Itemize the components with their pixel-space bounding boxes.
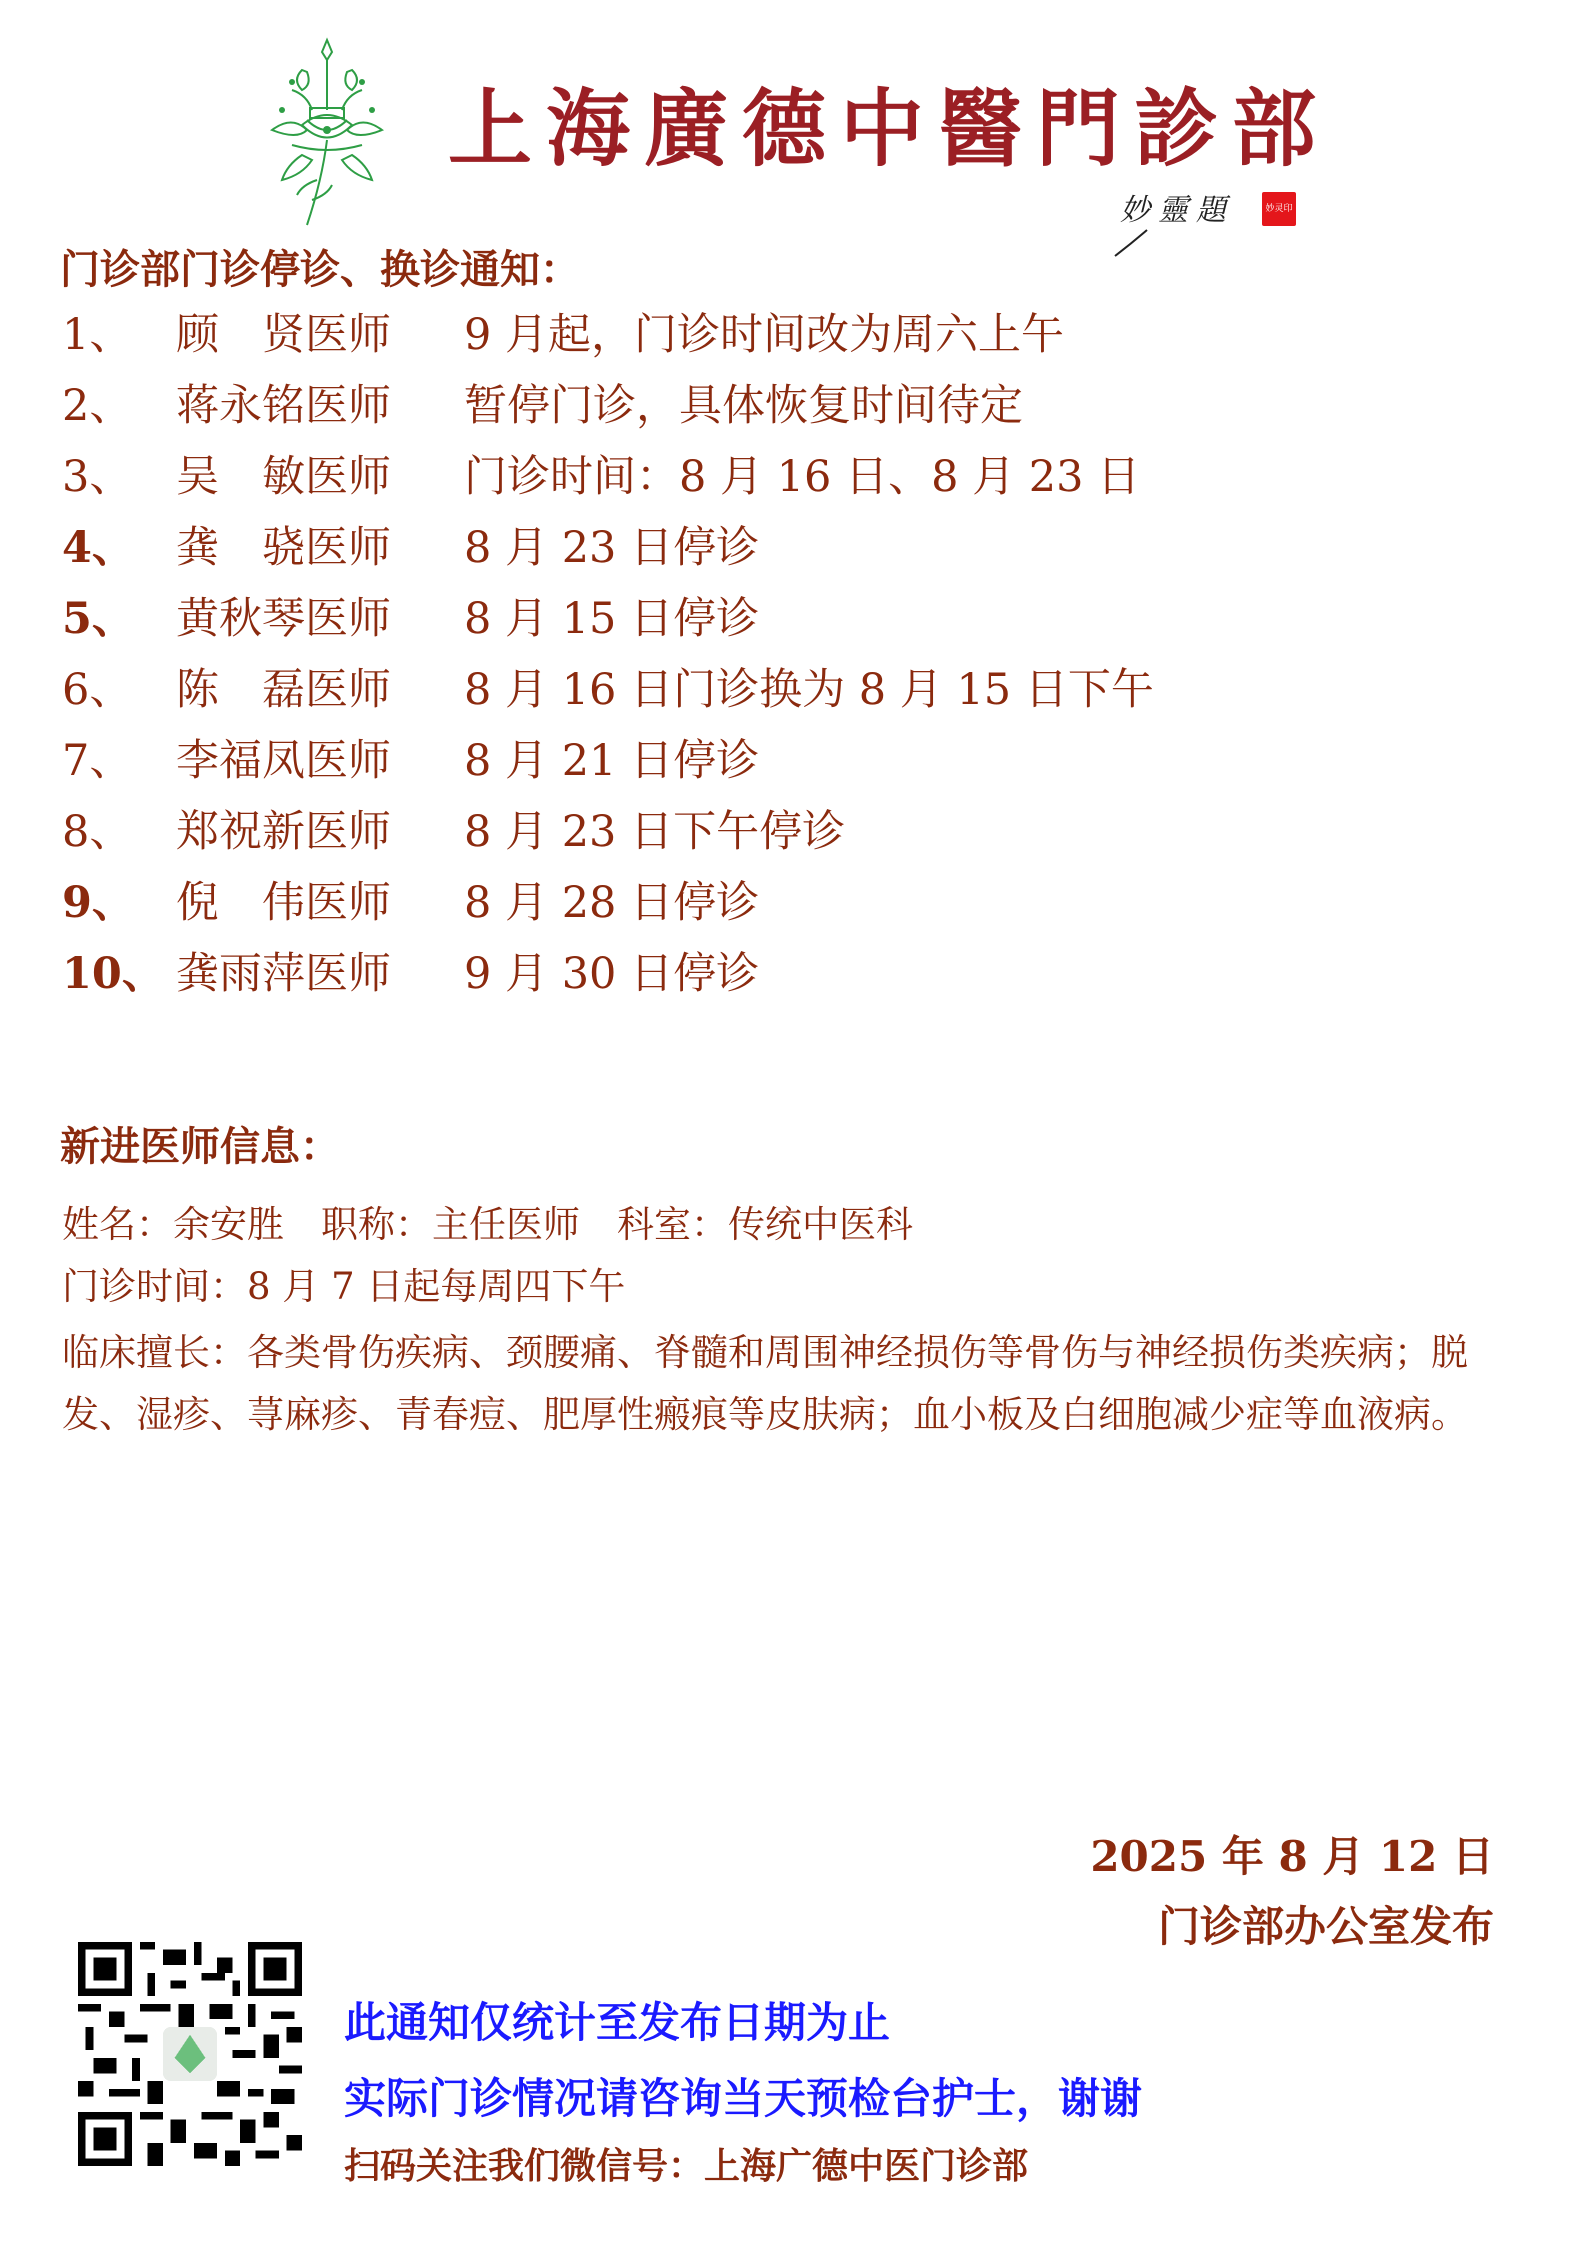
list-item: 10、 龚雨萍医师 9 月 30 日停诊	[60, 944, 1260, 1015]
schedule-detail: 8 月 23 日停诊	[464, 518, 759, 578]
schedule-detail: 9 月起，门诊时间改为周六上午	[464, 305, 1064, 365]
notice-heading: 门诊部门诊停诊、换诊通知：	[60, 238, 580, 295]
doctor-info-line: 姓名：余安胜 职称：主任医师 科室：传统中医科	[62, 1200, 1502, 1250]
schedule-detail: 8 月 21 日停诊	[464, 731, 759, 791]
schedule-detail: 8 月 23 日下午停诊	[464, 802, 845, 862]
lotus-plant-logo-icon	[262, 30, 392, 230]
item-number: 5、	[62, 589, 172, 649]
list-item: 8、 郑祝新医师 8 月 23 日下午停诊	[60, 802, 1260, 873]
schedule-detail: 8 月 16 日门诊换为 8 月 15 日下午	[464, 660, 1154, 720]
item-number: 2、	[62, 376, 172, 436]
item-number: 6、	[62, 660, 172, 720]
item-number: 3、	[62, 447, 172, 507]
publisher-office: 门诊部办公室发布	[1158, 1894, 1494, 1954]
schedule-detail: 8 月 28 日停诊	[464, 873, 759, 933]
list-item: 3、 吴 敏医师 门诊时间：8 月 16 日、8 月 23 日	[60, 447, 1260, 518]
item-number: 7、	[62, 731, 172, 791]
doctor-name: 黄秋琴医师	[176, 589, 476, 649]
specialty-paragraph: 临床擅长：各类骨伤疾病、颈腰痛、脊髓和周围神经损伤等骨伤与神经损伤类疾病；脱发、…	[62, 1322, 1502, 1446]
doctor-name: 顾 贤医师	[176, 305, 476, 365]
list-item: 5、 黄秋琴医师 8 月 15 日停诊	[60, 589, 1260, 660]
doctor-name: 倪 伟医师	[176, 873, 476, 933]
item-number: 9、	[62, 873, 172, 933]
doctor-name: 龚雨萍医师	[176, 944, 476, 1004]
list-item: 6、 陈 磊医师 8 月 16 日门诊换为 8 月 15 日下午	[60, 660, 1260, 731]
clinic-title: 上海廣德中醫門診部	[448, 74, 1330, 184]
new-doctor-heading: 新进医师信息：	[60, 1115, 340, 1172]
calligraphy-signature: 妙靈題	[1120, 185, 1234, 229]
item-number: 8、	[62, 802, 172, 862]
list-item: 7、 李福凤医师 8 月 21 日停诊	[60, 731, 1260, 802]
doctor-name: 蒋永铭医师	[176, 376, 476, 436]
item-number: 10、	[62, 944, 172, 1004]
list-item: 2、 蒋永铭医师 暂停门诊，具体恢复时间待定	[60, 376, 1260, 447]
red-seal-stamp: 妙灵印	[1262, 192, 1296, 226]
item-number: 4、	[62, 518, 172, 578]
clinic-time-line: 门诊时间：8 月 7 日起每周四下午	[62, 1262, 1502, 1312]
notice-disclaimer-2: 实际门诊情况请咨询当天预检台护士，谢谢	[344, 2066, 1142, 2126]
notice-disclaimer-1: 此通知仅统计至发布日期为止	[344, 1990, 890, 2050]
list-item: 4、 龚 骁医师 8 月 23 日停诊	[60, 518, 1260, 589]
doctor-name: 郑祝新医师	[176, 802, 476, 862]
list-item: 9、 倪 伟医师 8 月 28 日停诊	[60, 873, 1260, 944]
publish-date: 2025 年 8 月 12 日	[1090, 1824, 1494, 1884]
schedule-detail: 门诊时间：8 月 16 日、8 月 23 日	[464, 447, 1140, 507]
list-item: 1、 顾 贤医师 9 月起，门诊时间改为周六上午	[60, 305, 1260, 376]
doctor-name: 吴 敏医师	[176, 447, 476, 507]
wechat-qr-code-icon	[78, 1942, 302, 2166]
notice-list: 1、 顾 贤医师 9 月起，门诊时间改为周六上午 2、 蒋永铭医师 暂停门诊，具…	[60, 305, 1260, 1015]
doctor-name: 李福凤医师	[176, 731, 476, 791]
brush-stroke-icon	[1112, 228, 1152, 258]
doctor-name: 陈 磊医师	[176, 660, 476, 720]
item-number: 1、	[62, 305, 172, 365]
schedule-detail: 暂停门诊，具体恢复时间待定	[464, 376, 1023, 436]
schedule-detail: 9 月 30 日停诊	[464, 944, 759, 1004]
wechat-follow-text: 扫码关注我们微信号：上海广德中医门诊部	[344, 2138, 1028, 2189]
schedule-detail: 8 月 15 日停诊	[464, 589, 759, 649]
doctor-name: 龚 骁医师	[176, 518, 476, 578]
